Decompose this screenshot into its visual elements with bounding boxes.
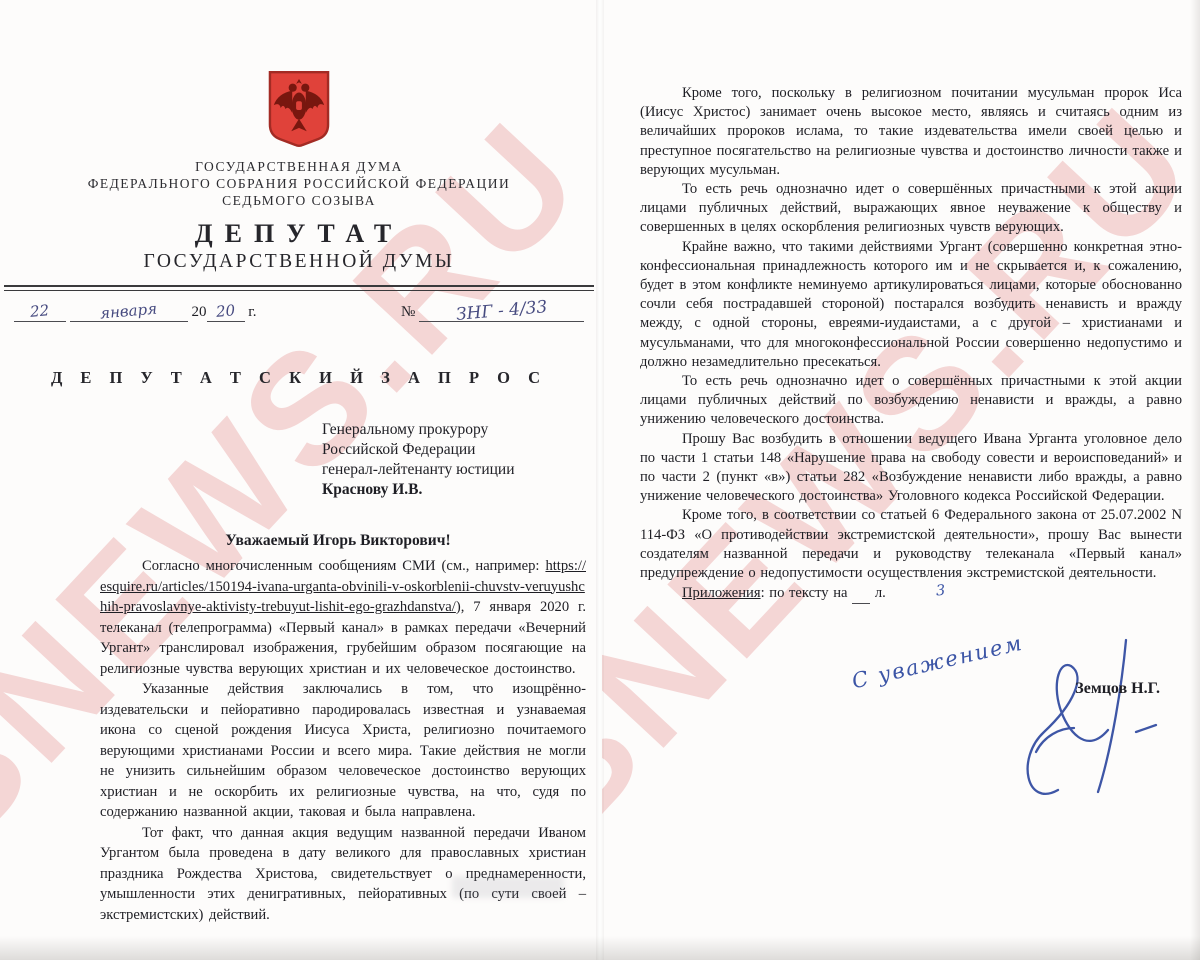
recipient-line: Российской Федерации: [322, 440, 598, 460]
handwritten-day: 22: [30, 301, 51, 321]
date-group: 22 января 2020 г.: [14, 302, 256, 322]
para1-lead: Согласно многочисленным сообщениям СМИ (…: [142, 558, 545, 574]
paragraph: То есть речь однозначно идет о совершённ…: [640, 372, 1182, 430]
letterhead-line-1: ГОСУДАРСТВЕННАЯ ДУМА: [0, 158, 598, 175]
paragraph: Тот факт, что данная акция ведущим назва…: [100, 823, 586, 926]
number-blank: ЗНГ - 4/33: [419, 301, 584, 322]
faint-stamp-smudge: [452, 876, 564, 898]
handwritten-number: ЗНГ - 4/33: [455, 297, 548, 325]
recipient-name: Краснову И.В.: [322, 480, 598, 500]
paragraph: Указанные действия заключались в том, чт…: [100, 679, 586, 823]
number-group: № ЗНГ - 4/33: [401, 301, 584, 322]
paragraph: Кроме того, поскольку в религиозном почи…: [640, 84, 1182, 180]
paragraph: Прошу Вас возбудить в отношении ведущего…: [640, 430, 1182, 507]
russian-coat-of-arms-icon: [268, 70, 330, 148]
document-title: Д Е П У Т А Т С К И Й З А П Р О С: [0, 368, 598, 388]
paragraph: Кроме того, в соответствии со статьей 6 …: [640, 506, 1182, 583]
scan-right-shadow: [1190, 0, 1200, 960]
year-prefix: 20: [192, 304, 207, 320]
page-fold: [596, 0, 604, 960]
letterhead-deputat-title: ДЕПУТАТ: [0, 219, 598, 249]
page2-body: Кроме того, поскольку в религиозном почи…: [602, 0, 1200, 852]
number-label: №: [401, 304, 415, 320]
paragraph: Крайне важно, что такими действиями Урга…: [640, 238, 1182, 372]
handwritten-year: 20: [215, 301, 236, 321]
attachments-line: Приложения: по тексту на 3 л.: [640, 583, 1182, 604]
date-number-row: 22 января 2020 г. № ЗНГ - 4/33: [0, 291, 598, 322]
handwritten-sheet-count: 3: [893, 581, 946, 605]
scan-page-2: BNEWS.RU Кроме того, поскольку в религио…: [602, 0, 1200, 960]
attachments-middle: : по тексту на: [761, 585, 848, 601]
year-blank: 20: [207, 302, 245, 322]
closing-block: С уважением Земцов Н.Г.: [640, 622, 1182, 852]
attachments-count-blank: 3: [852, 583, 870, 604]
scan-page-1: BNEWS.RU ГОСУДАРСТВЕННАЯ ДУМА ФЕДЕРАЛЬНО…: [0, 0, 598, 960]
page1-body: Согласно многочисленным сообщениям СМИ (…: [0, 550, 598, 925]
recipient-block: Генеральному прокурору Российской Федера…: [322, 420, 598, 500]
letterhead-line-3: СЕДЬМОГО СОЗЫВА: [0, 192, 598, 209]
letterhead-duma-title: ГОСУДАРСТВЕННОЙ ДУМЫ: [0, 251, 598, 273]
attachments-suffix: л.: [875, 585, 886, 601]
paragraph: Согласно многочисленным сообщениям СМИ (…: [100, 556, 586, 679]
year-suffix: г.: [248, 304, 256, 320]
letterhead-line-2: ФЕДЕРАЛЬНОГО СОБРАНИЯ РОССИЙСКОЙ ФЕДЕРАЦ…: [0, 175, 598, 192]
signer-name: Земцов Н.Г.: [1075, 680, 1160, 698]
attachments-label: Приложения: [682, 585, 761, 601]
handwritten-month: января: [100, 300, 158, 323]
date-day-blank: 22: [14, 302, 66, 322]
date-month-blank: января: [70, 302, 188, 322]
salutation: Уважаемый Игорь Викторович!: [0, 532, 598, 550]
recipient-line: генерал-лейтенанту юстиции: [322, 460, 598, 480]
handwritten-signature-icon: [940, 632, 1190, 822]
paragraph: То есть речь однозначно идет о совершённ…: [640, 180, 1182, 238]
scan-bottom-shadow: [0, 936, 1200, 960]
recipient-line: Генеральному прокурору: [322, 420, 598, 440]
